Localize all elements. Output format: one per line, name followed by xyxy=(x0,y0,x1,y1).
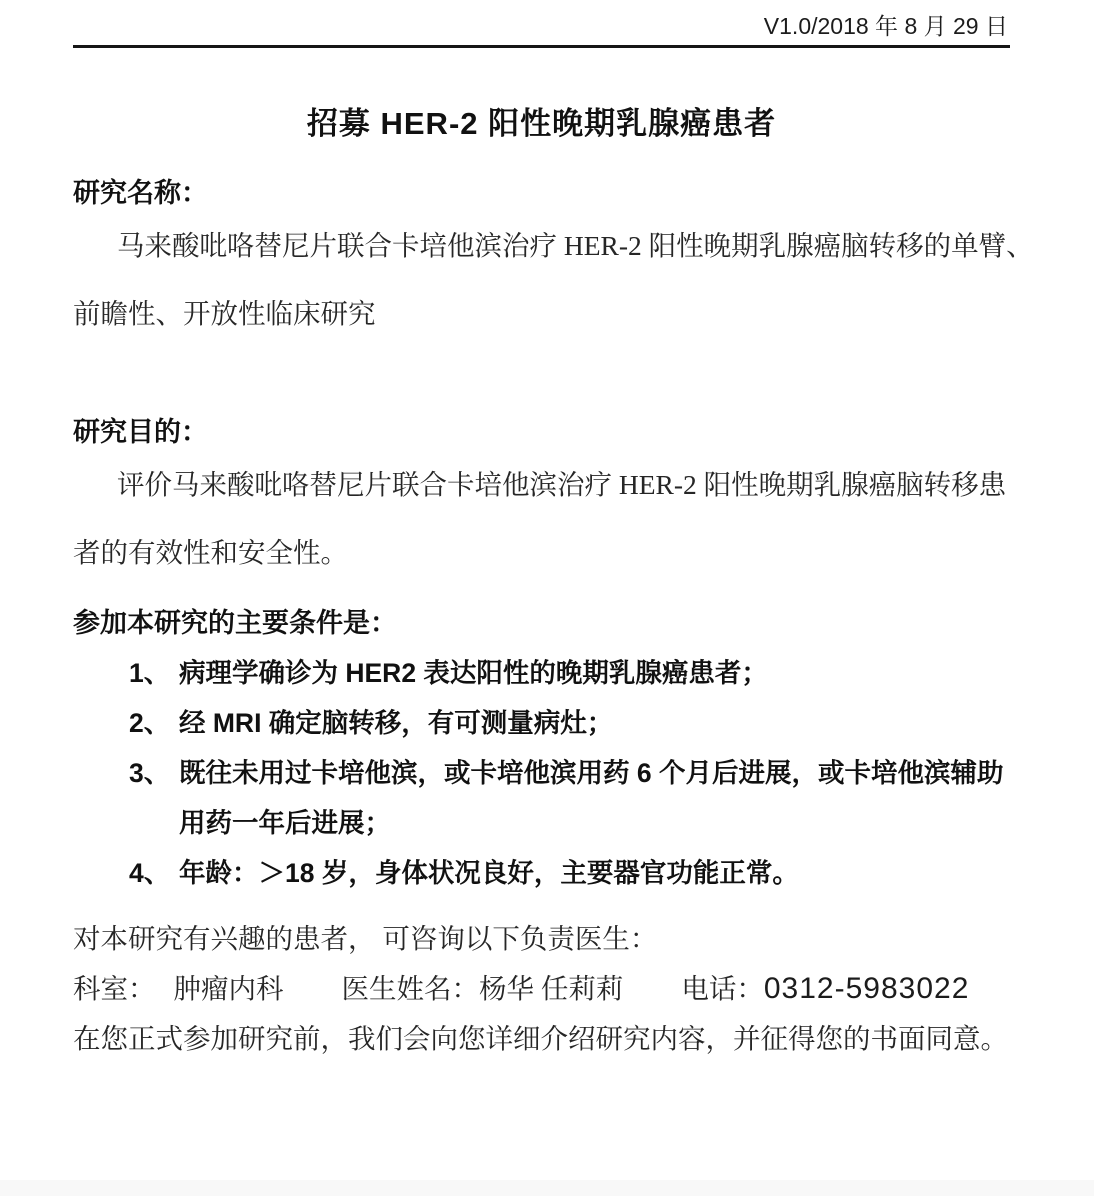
condition-line: 病理学确诊为 HER2 表达阳性的晚期乳腺癌患者； xyxy=(179,648,768,698)
study-name-heading: 研究名称： xyxy=(73,171,1010,210)
condition-item-2: 2、 经 MRI 确定脑转移，有可测量病灶； xyxy=(129,698,1010,748)
bottom-strip xyxy=(0,1180,1094,1196)
phone-number: 0312-5983022 xyxy=(764,972,970,1005)
condition-text: 年龄：＞18 岁，身体状况良好，主要器官功能正常。 xyxy=(179,848,799,898)
study-name-paragraph: 马来酸吡咯替尼片联合卡培他滨治疗 HER-2 阳性晚期乳腺癌脑转移的单臂、 前瞻… xyxy=(73,212,1010,348)
document-page: V1.0/2018 年 8 月 29 日 招募 HER-2 阳性晚期乳腺癌患者 … xyxy=(0,0,1094,1196)
condition-text: 既往未用过卡培他滨，或卡培他滨用药 6 个月后进展，或卡培他滨辅助 用药一年后进… xyxy=(179,748,1003,848)
condition-text: 病理学确诊为 HER2 表达阳性的晚期乳腺癌患者； xyxy=(179,648,768,698)
condition-number: 1、 xyxy=(129,648,179,698)
phone-label: 电话： xyxy=(681,973,764,1004)
condition-number: 3、 xyxy=(129,748,179,848)
study-purpose-line-2: 者的有效性和安全性。 xyxy=(73,519,1010,587)
condition-item-4: 4、 年龄：＞18 岁，身体状况良好，主要器官功能正常。 xyxy=(129,848,1010,898)
version-date-text: V1.0/2018 年 8 月 29 日 xyxy=(764,13,1008,39)
study-name-line-2: 前瞻性、开放性临床研究 xyxy=(73,280,1010,348)
conditions-heading: 参加本研究的主要条件是： xyxy=(73,601,1010,640)
condition-number: 4、 xyxy=(129,848,179,898)
contact-line: 科室：肿瘤内科医生姓名：杨华 任莉莉电话：0312-5983022 xyxy=(73,964,1010,1014)
version-header: V1.0/2018 年 8 月 29 日 xyxy=(73,8,1010,48)
study-purpose-line-1: 评价马来酸吡咯替尼片联合卡培他滨治疗 HER-2 阳性晚期乳腺癌脑转移患 xyxy=(73,451,1010,519)
condition-line-continuation: 用药一年后进展； xyxy=(179,798,1003,848)
document-body: V1.0/2018 年 8 月 29 日 招募 HER-2 阳性晚期乳腺癌患者 … xyxy=(0,0,1094,1064)
condition-text: 经 MRI 确定脑转移，有可测量病灶； xyxy=(179,698,613,748)
study-purpose-paragraph: 评价马来酸吡咯替尼片联合卡培他滨治疗 HER-2 阳性晚期乳腺癌脑转移患 者的有… xyxy=(73,451,1010,587)
condition-line: 年龄：＞18 岁，身体状况良好，主要器官功能正常。 xyxy=(179,848,799,898)
condition-number: 2、 xyxy=(129,698,179,748)
condition-line: 既往未用过卡培他滨，或卡培他滨用药 6 个月后进展，或卡培他滨辅助 xyxy=(179,748,1003,798)
department-value: 肿瘤内科 xyxy=(174,973,284,1004)
contact-intro: 对本研究有兴趣的患者， 可咨询以下负责医生： xyxy=(73,914,1010,964)
consent-text: 在您正式参加研究前，我们会向您详细介绍研究内容，并征得您的书面同意。 xyxy=(73,1014,1010,1064)
condition-line: 经 MRI 确定脑转移，有可测量病灶； xyxy=(179,698,613,748)
study-purpose-heading: 研究目的： xyxy=(73,410,1010,449)
page-title: 招募 HER-2 阳性晚期乳腺癌患者 xyxy=(73,98,1010,143)
condition-item-1: 1、 病理学确诊为 HER2 表达阳性的晚期乳腺癌患者； xyxy=(129,648,1010,698)
doctor-name-label: 医生姓名： xyxy=(342,973,480,1004)
condition-item-3: 3、 既往未用过卡培他滨，或卡培他滨用药 6 个月后进展，或卡培他滨辅助 用药一… xyxy=(129,748,1010,848)
study-name-line-1: 马来酸吡咯替尼片联合卡培他滨治疗 HER-2 阳性晚期乳腺癌脑转移的单臂、 xyxy=(73,212,1010,280)
department-label: 科室： xyxy=(73,973,156,1004)
conditions-list: 1、 病理学确诊为 HER2 表达阳性的晚期乳腺癌患者； 2、 经 MRI 确定… xyxy=(73,648,1010,898)
doctor-name-value: 杨华 任莉莉 xyxy=(479,973,623,1004)
